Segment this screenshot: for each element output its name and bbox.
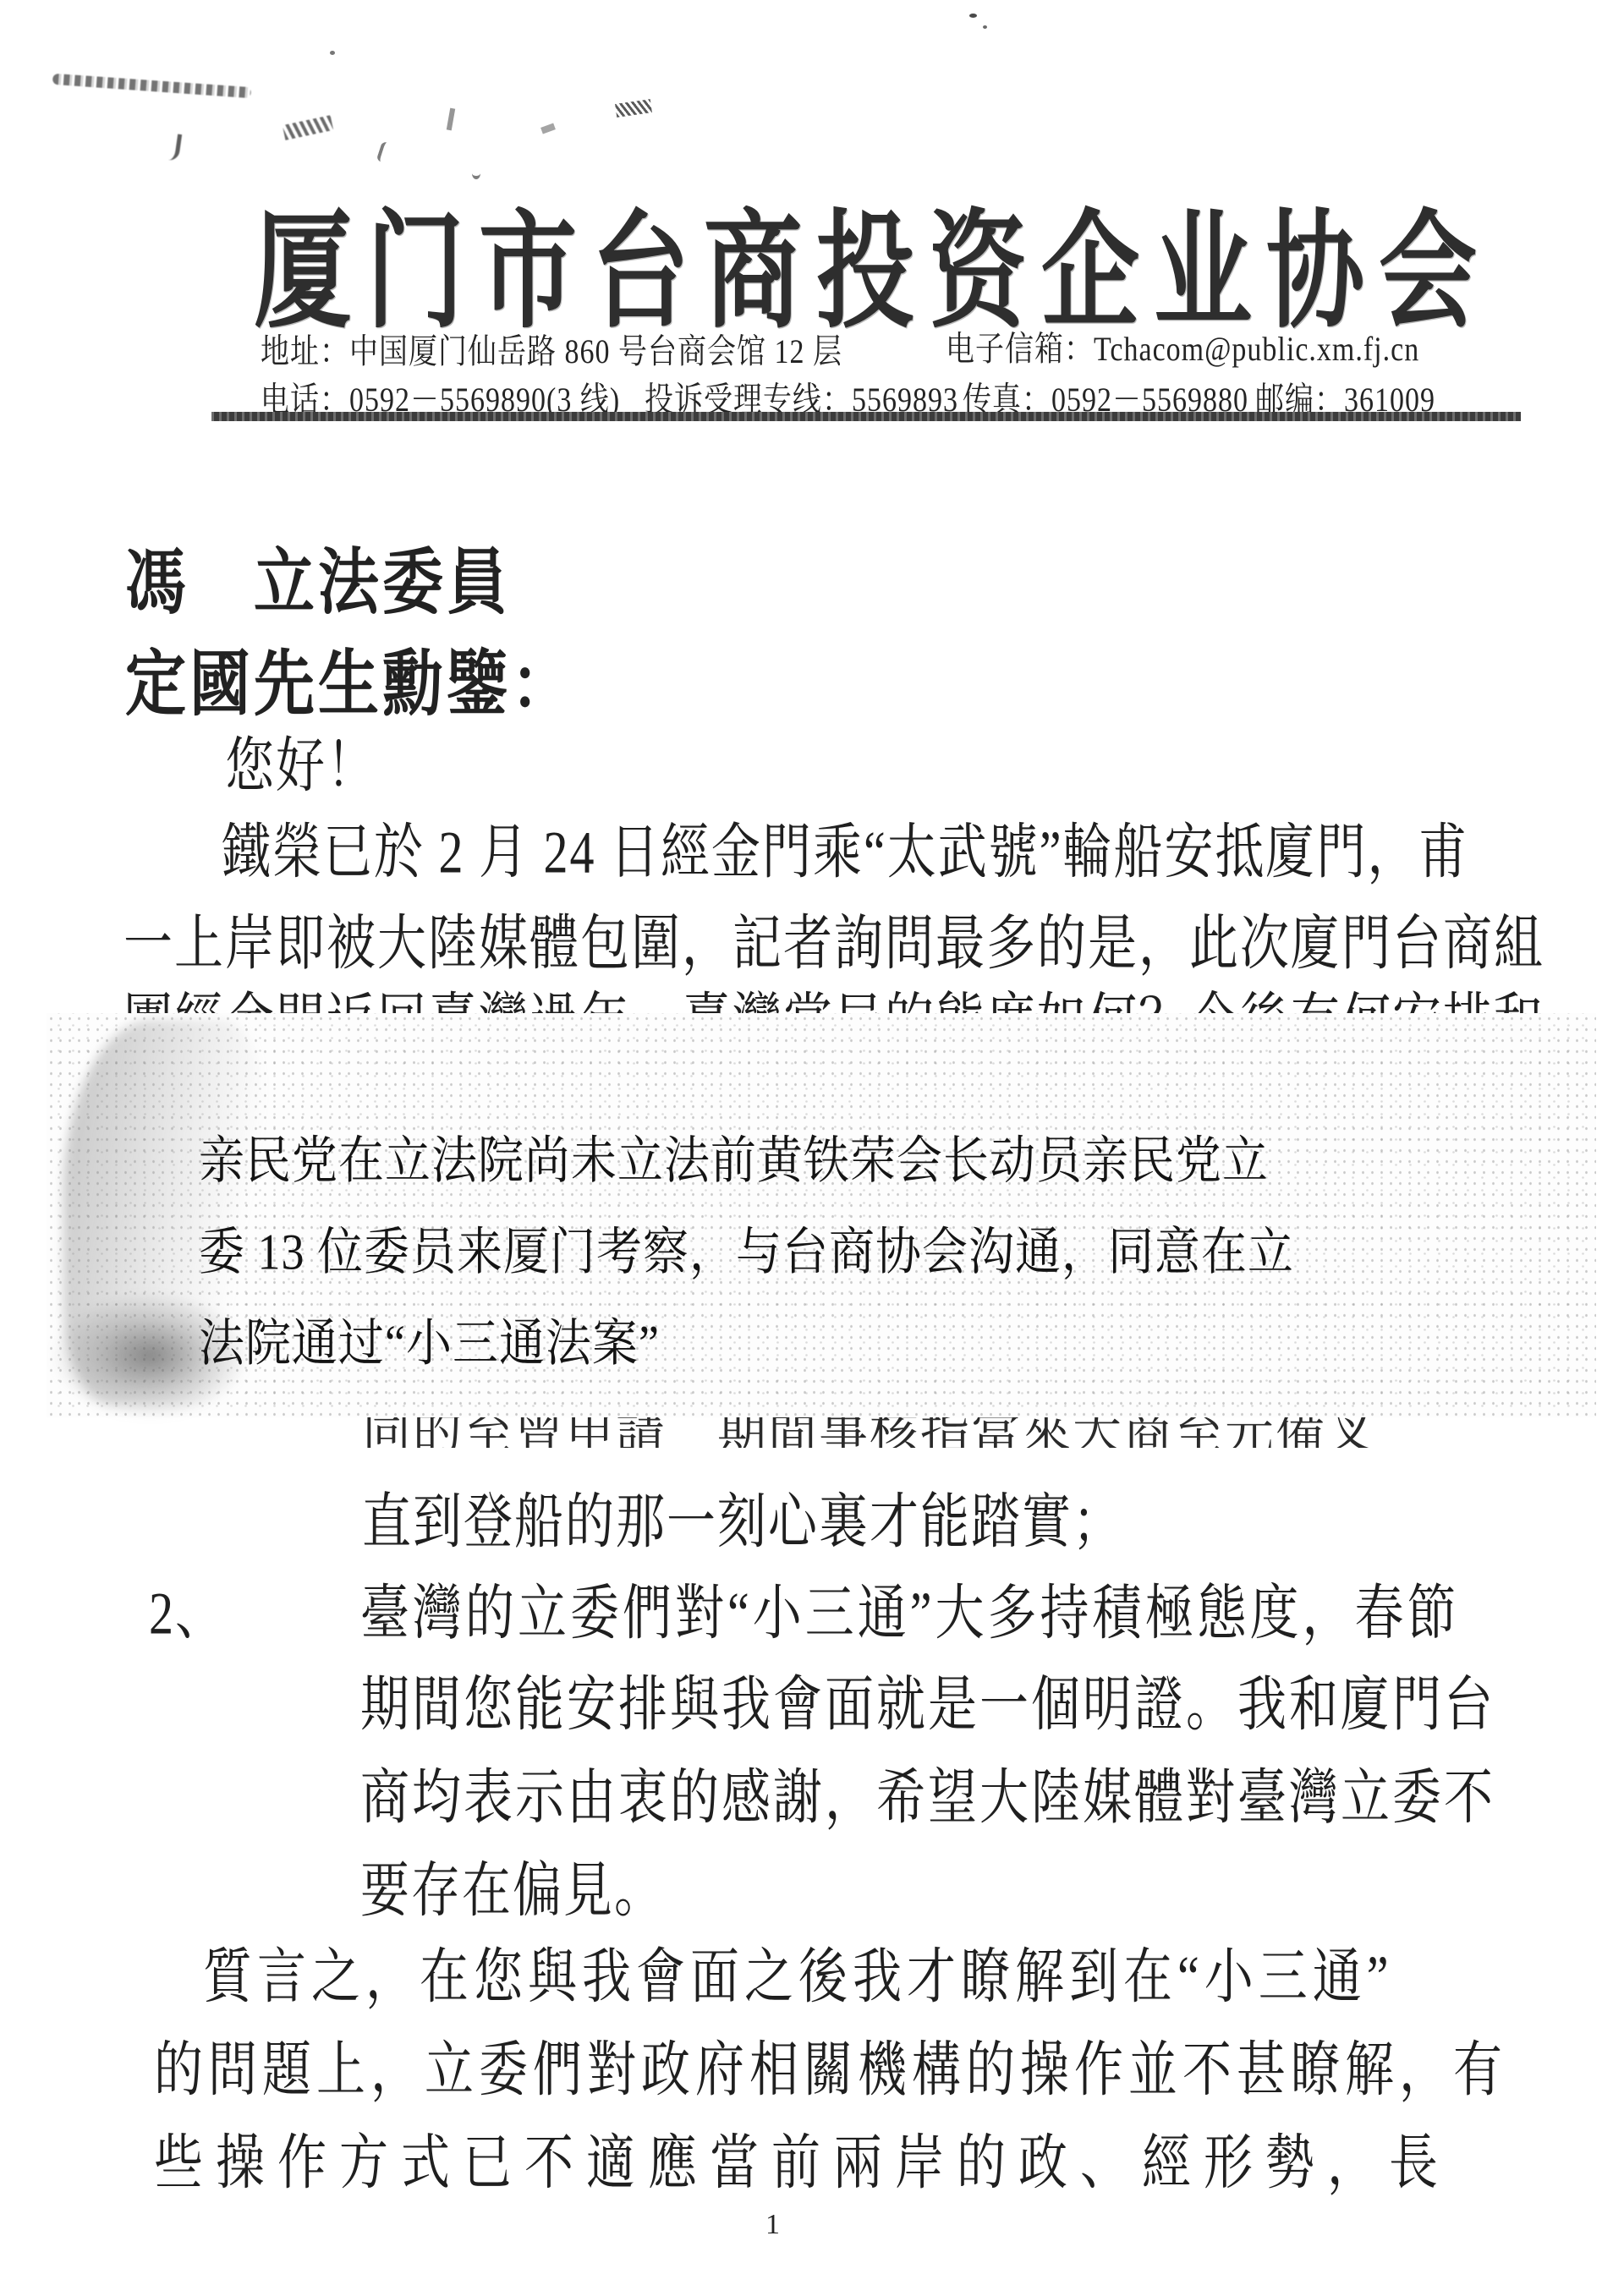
greeting-line: 您好！ (225, 717, 377, 803)
pasted-note-line1: 亲民党在立法院尚未立法前黄铁荣会长动员亲民党立 (199, 1120, 1269, 1192)
scan-speck (969, 14, 977, 18)
item2-line3: 商均表示由衷的感謝，希望大陸媒體對臺灣立委不 (360, 1749, 1495, 1835)
scanned-letter-page: 厦门市台商投资企业协会 地址：中国厦门仙岳路 860 号台商会馆 12 层 电子… (0, 0, 1624, 2296)
item2-line1: 臺灣的立委們對“小三通”大多持積極態度，春節 (360, 1564, 1460, 1651)
para1-line2: 一上岸即被大陸媒體包圍，記者詢問最多的是，此次廈門台商組 (123, 895, 1544, 981)
scan-smudge (615, 99, 652, 118)
scan-speck (330, 51, 335, 55)
item1-last-line: 直到登船的那一刻心裏才能踏實； (362, 1473, 1123, 1559)
scan-smudge (52, 74, 251, 98)
pasted-note-slip: 亲民党在立法院尚未立法前黄铁荣会长动员亲民党立 委 13 位委员来厦门考察，与台… (47, 1013, 1596, 1417)
page-number: 1 (765, 2209, 780, 2241)
scan-smudge (376, 141, 392, 164)
recipient-salutation-line: 定國先生勳鑒： (125, 626, 575, 730)
para1-line1: 鐵榮已於 2 月 24 日經金門乘“太武號”輪船安抵廈門，甫 (222, 803, 1469, 890)
contact-email: 电子信箱：Tchacom@public.xm.fj.cn (946, 321, 1419, 370)
para3-line1: 質言之，在您與我會面之後我才瞭解到在“小三通” (203, 1928, 1394, 2014)
contact-address: 地址：中国厦门仙岳路 860 号台商会馆 12 层 (261, 324, 842, 373)
item2-line4: 要存在偏見。 (360, 1842, 665, 1928)
scan-smudge (540, 123, 556, 134)
para3-line3: 些操作方式已不適應當前兩岸的政、經形勢，長 (154, 2114, 1451, 2200)
recipient-name-line: 馮 立法委員 (125, 524, 511, 628)
para3-line2: 的問題上，立委們對政府相關機構的操作並不甚瞭解，有 (154, 2021, 1507, 2107)
scan-smudge (447, 108, 455, 131)
pasted-note-line2: 委 13 位委员来厦门考察，与台商协会沟通，同意在立 (199, 1211, 1294, 1284)
obscured-line: 同的至曾申請 期間事核指當來大商至元備叉數 (362, 1417, 1377, 1448)
scan-smudge (283, 115, 333, 140)
scan-speck (983, 25, 987, 29)
scan-smudge (166, 133, 182, 162)
item2-line2: 期間您能安排與我會面就是一個明證。我和廈門台 (360, 1656, 1495, 1742)
pasted-note-line3: 法院通过“小三通法案” (199, 1302, 660, 1375)
item2-number: 2、 (149, 1564, 226, 1651)
letterhead-divider (211, 412, 1521, 421)
